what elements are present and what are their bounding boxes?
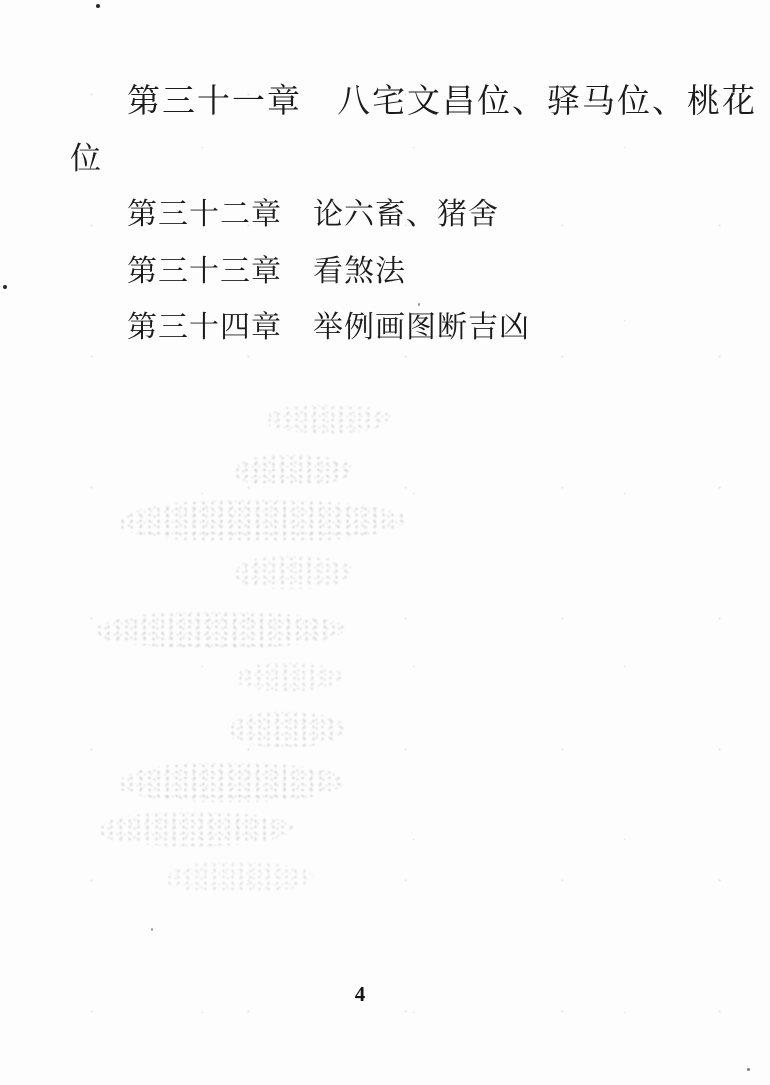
bleedthrough-band	[228, 712, 346, 747]
ink-speck	[3, 285, 7, 289]
ink-speck	[96, 4, 100, 8]
bleedthrough-band	[233, 556, 353, 589]
page-number: 4	[350, 982, 370, 1007]
ink-speck	[418, 303, 420, 306]
scanned-book-page: 第三十一章 八宅文昌位、驿马位、桃花 位 第三十二章 论六畜、猪舍 第三十三章 …	[0, 0, 770, 1085]
toc-entry-chapter-34: 第三十四章 举例画图断吉凶	[127, 313, 530, 343]
bleedthrough-band	[233, 455, 353, 486]
toc-entry-chapter-32: 第三十二章 论六畜、猪舍	[127, 200, 499, 230]
bleedthrough-band	[265, 405, 393, 433]
bleedthrough-band	[236, 663, 342, 691]
ink-speck	[151, 928, 153, 931]
toc-entry-chapter-31: 第三十一章 八宅文昌位、驿马位、桃花	[127, 86, 757, 119]
bleedthrough-band	[95, 612, 345, 648]
bleedthrough-band	[165, 862, 313, 893]
bleedthrough-band	[118, 763, 346, 802]
bleedthrough-band	[118, 500, 406, 542]
toc-entry-chapter-33: 第三十三章 看煞法	[127, 257, 406, 287]
bleedthrough-band	[98, 812, 293, 846]
ink-speck	[747, 1068, 750, 1071]
toc-entry-chapter-31-wrap: 位	[70, 143, 101, 174]
scan-noise-texture	[0, 0, 770, 1085]
